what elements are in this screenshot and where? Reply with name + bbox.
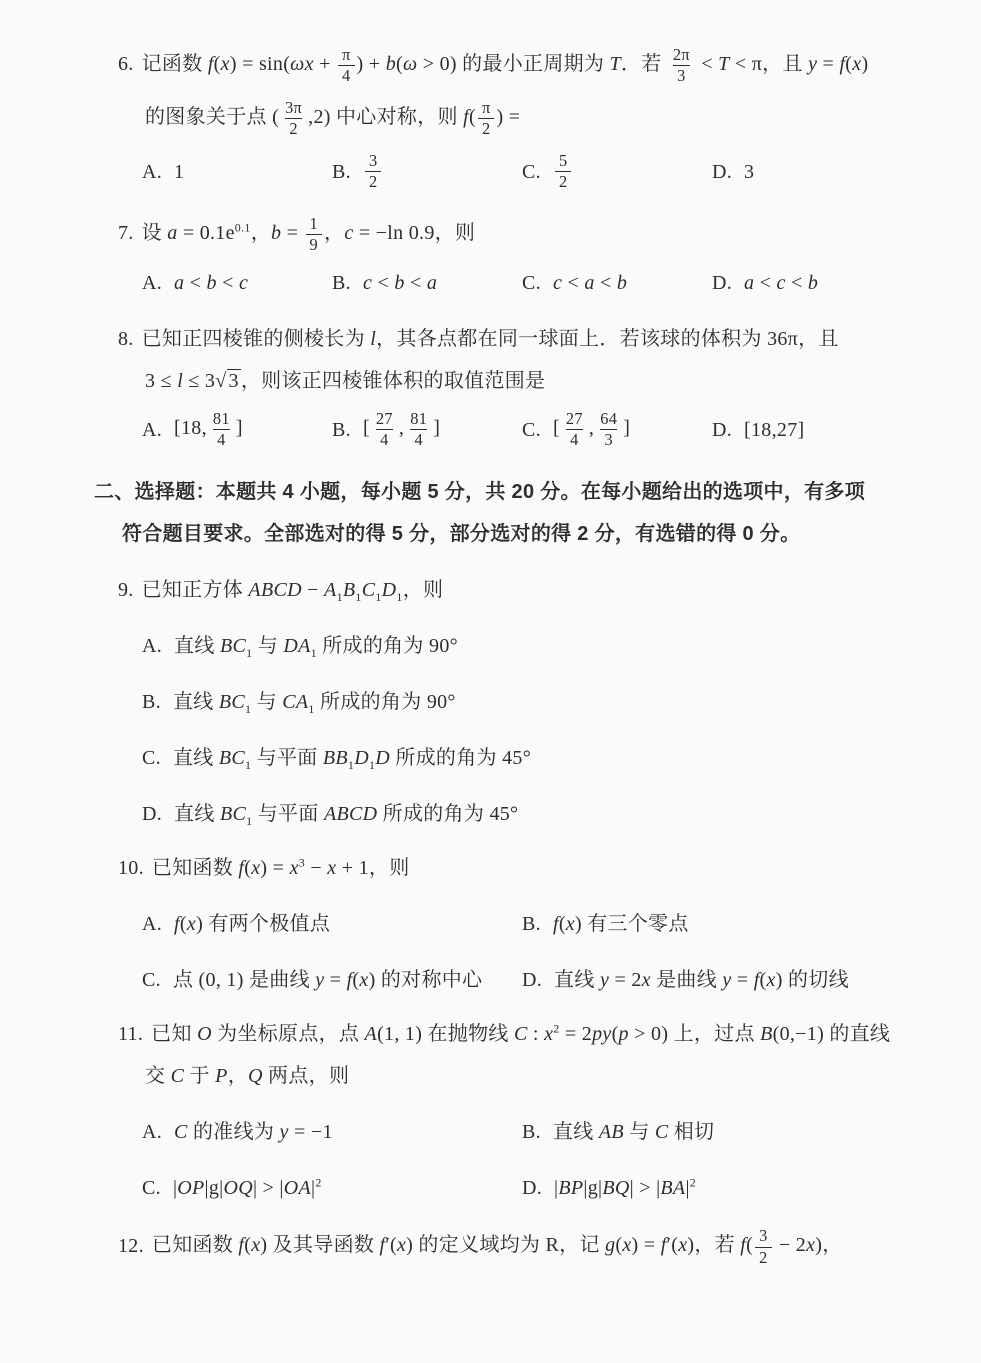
question-6-option-D: D.3 [712,157,921,187]
section-header-line-1: 二、选择题：本题共 4 小题，每小题 5 分，共 20 分。在每小题给出的选项中… [94,477,921,507]
question-6-option-A: A.1 [142,157,332,187]
option-label: C. [142,1173,161,1203]
section-header-line-2: 符合题目要求。全部选对的得 5 分，部分选对的得 2 分，有选错的得 0 分。 [94,519,921,549]
option-content: a < b < c [174,268,248,298]
option-content: f(x) 有三个零点 [553,909,689,939]
question-9-option-B: B.直线 BC1 与 CA1 所成的角为 90° [142,687,921,717]
question-8-line-2: 3 ≤ l ≤ 3√3，则该正四棱锥体积的取值范围是 [118,366,921,396]
option-content: |OP|g|OQ| > |OA|2 [173,1173,322,1203]
question-6-option-B: B.32 [332,152,522,191]
question-8: 8.已知正四棱锥的侧棱长为 l，其各点都在同一球面上．若该球的体积为 36π，且… [118,324,921,449]
question-options: A.f(x) 有两个极值点B.f(x) 有三个零点C.点 (0, 1) 是曲线 … [118,909,921,995]
question-number: 7. [118,222,134,244]
option-label: A. [142,157,162,187]
option-content: [274,643] [553,410,630,449]
option-content: 直线 BC1 与 DA1 所成的角为 90° [174,631,458,661]
option-content: [274,814] [363,410,440,449]
question-lines: 8.已知正四棱锥的侧棱长为 l，其各点都在同一球面上．若该球的体积为 36π，且… [118,324,921,396]
question-9-option-C: C.直线 BC1 与平面 BB1D1D 所成的角为 45° [142,743,921,773]
question-number: 11. [118,1023,143,1045]
option-content: 直线 y = 2x 是曲线 y = f(x) 的切线 [554,965,849,995]
question-10-option-C: C.点 (0, 1) 是曲线 y = f(x) 的对称中心 [142,965,522,995]
question-11-option-C: C.|OP|g|OQ| > |OA|2 [142,1173,522,1203]
option-label: C. [142,743,161,773]
part-one-questions: 6.记函数 f(x) = sin(ωx + π4) + b(ω > 0) 的最小… [118,46,921,449]
option-label: B. [332,268,351,298]
option-content: [18,27] [744,415,804,445]
question-12: 12.已知函数 f(x) 及其导函数 f′(x) 的定义域均为 R，记 g(x)… [118,1227,921,1266]
question-number: 10. [118,857,144,879]
option-content: 直线 AB 与 C 相切 [553,1117,714,1147]
question-number: 9. [118,579,134,601]
question-options: A.a < b < cB.c < b < aC.c < a < bD.a < c… [118,266,921,300]
question-number: 8. [118,328,134,350]
option-label: D. [712,415,732,445]
option-content: 32 [363,152,384,191]
option-content: c < a < b [553,268,627,298]
option-label: B. [332,415,351,445]
option-content: 直线 BC1 与平面 ABCD 所成的角为 45° [174,799,518,829]
option-label: B. [142,687,161,717]
question-options: A.直线 BC1 与 DA1 所成的角为 90°B.直线 BC1 与 CA1 所… [118,631,921,829]
question-options: A.1B.32C.52D.3 [118,152,921,191]
option-label: D. [522,1173,542,1203]
option-content: 3 [744,157,754,187]
question-9: 9.已知正方体 ABCD − A1B1C1D1，则 A.直线 BC1 与 DA1… [118,575,921,829]
question-10-line-1: 10.已知函数 f(x) = x3 − x + 1，则 [118,853,921,883]
option-content: 直线 BC1 与平面 BB1D1D 所成的角为 45° [173,743,531,773]
question-11-line-1: 11.已知 O 为坐标原点，点 A(1, 1) 在抛物线 C : x2 = 2p… [118,1019,921,1049]
question-lines: 11.已知 O 为坐标原点，点 A(1, 1) 在抛物线 C : x2 = 2p… [118,1019,921,1091]
question-lines: 7.设 a = 0.1e0.1，b = 19，c = −ln 0.9，则 [118,215,921,254]
question-6-line-1: 6.记函数 f(x) = sin(ωx + π4) + b(ω > 0) 的最小… [118,46,921,85]
option-label: A. [142,268,162,298]
option-label: C. [522,268,541,298]
option-label: B. [522,1117,541,1147]
question-11-line-2: 交 C 于 P，Q 两点，则 [118,1061,921,1091]
question-11-option-D: D.|BP|g|BQ| > |BA|2 [522,1173,921,1203]
option-label: B. [522,909,541,939]
question-7-option-A: A.a < b < c [142,268,332,298]
question-9-line-1: 9.已知正方体 ABCD − A1B1C1D1，则 [118,575,921,605]
question-10: 10.已知函数 f(x) = x3 − x + 1，则 A.f(x) 有两个极值… [118,853,921,995]
question-10-option-D: D.直线 y = 2x 是曲线 y = f(x) 的切线 [522,965,921,995]
question-8-option-B: B.[274,814] [332,410,522,449]
question-lines: 12.已知函数 f(x) 及其导函数 f′(x) 的定义域均为 R，记 g(x)… [118,1227,921,1266]
question-7-option-D: D.a < c < b [712,268,921,298]
question-number: 6. [118,53,134,75]
option-content: |BP|g|BQ| > |BA|2 [554,1173,696,1203]
question-6-line-2: 的图象关于点 (3π2,2) 中心对称，则 f(π2) = [118,99,921,138]
option-label: A. [142,415,162,445]
option-content: 52 [553,152,574,191]
option-content: c < b < a [363,268,437,298]
question-lines: 9.已知正方体 ABCD − A1B1C1D1，则 [118,575,921,605]
question-8-option-D: D.[18,27] [712,415,921,445]
part-two-questions: 9.已知正方体 ABCD − A1B1C1D1，则 A.直线 BC1 与 DA1… [118,575,921,1266]
option-label: D. [712,157,732,187]
option-label: C. [522,157,541,187]
option-label: C. [522,415,541,445]
question-12-line-1: 12.已知函数 f(x) 及其导函数 f′(x) 的定义域均为 R，记 g(x)… [118,1227,921,1266]
question-10-option-B: B.f(x) 有三个零点 [522,909,921,939]
question-7-option-C: C.c < a < b [522,268,712,298]
question-options: A.[18,814]B.[274,814]C.[274,643]D.[18,27… [118,410,921,449]
option-label: A. [142,909,162,939]
question-8-line-1: 8.已知正四棱锥的侧棱长为 l，其各点都在同一球面上．若该球的体积为 36π，且 [118,324,921,354]
question-9-option-D: D.直线 BC1 与平面 ABCD 所成的角为 45° [142,799,921,829]
option-label: D. [522,965,542,995]
question-11-option-B: B.直线 AB 与 C 相切 [522,1117,921,1147]
option-content: f(x) 有两个极值点 [174,909,330,939]
question-6-option-C: C.52 [522,152,712,191]
question-9-option-A: A.直线 BC1 与 DA1 所成的角为 90° [142,631,921,661]
section-header: 二、选择题：本题共 4 小题，每小题 5 分，共 20 分。在每小题给出的选项中… [94,477,921,549]
question-7: 7.设 a = 0.1e0.1，b = 19，c = −ln 0.9，则 A.a… [118,215,921,300]
question-7-line-1: 7.设 a = 0.1e0.1，b = 19，c = −ln 0.9，则 [118,215,921,254]
option-label: A. [142,631,162,661]
question-options: A.C 的准线为 y = −1B.直线 AB 与 C 相切C.|OP|g|OQ|… [118,1117,921,1203]
option-content: 点 (0, 1) 是曲线 y = f(x) 的对称中心 [173,965,482,995]
question-8-option-C: C.[274,643] [522,410,712,449]
question-6: 6.记函数 f(x) = sin(ωx + π4) + b(ω > 0) 的最小… [118,46,921,191]
option-label: D. [142,799,162,829]
option-content: 直线 BC1 与 CA1 所成的角为 90° [173,687,456,717]
question-10-option-A: A.f(x) 有两个极值点 [142,909,522,939]
option-content: a < c < b [744,268,818,298]
option-label: A. [142,1117,162,1147]
question-11: 11.已知 O 为坐标原点，点 A(1, 1) 在抛物线 C : x2 = 2p… [118,1019,921,1203]
option-label: D. [712,268,732,298]
question-lines: 10.已知函数 f(x) = x3 − x + 1，则 [118,853,921,883]
option-content: [18,814] [174,410,243,449]
question-7-option-B: B.c < b < a [332,268,522,298]
question-lines: 6.记函数 f(x) = sin(ωx + π4) + b(ω > 0) 的最小… [118,46,921,138]
question-11-option-A: A.C 的准线为 y = −1 [142,1117,522,1147]
question-number: 12. [118,1235,144,1257]
option-label: B. [332,157,351,187]
question-8-option-A: A.[18,814] [142,410,332,449]
exam-page: 6.记函数 f(x) = sin(ωx + π4) + b(ω > 0) 的最小… [0,0,981,1267]
option-label: C. [142,965,161,995]
option-content: C 的准线为 y = −1 [174,1117,333,1147]
option-content: 1 [174,157,184,187]
